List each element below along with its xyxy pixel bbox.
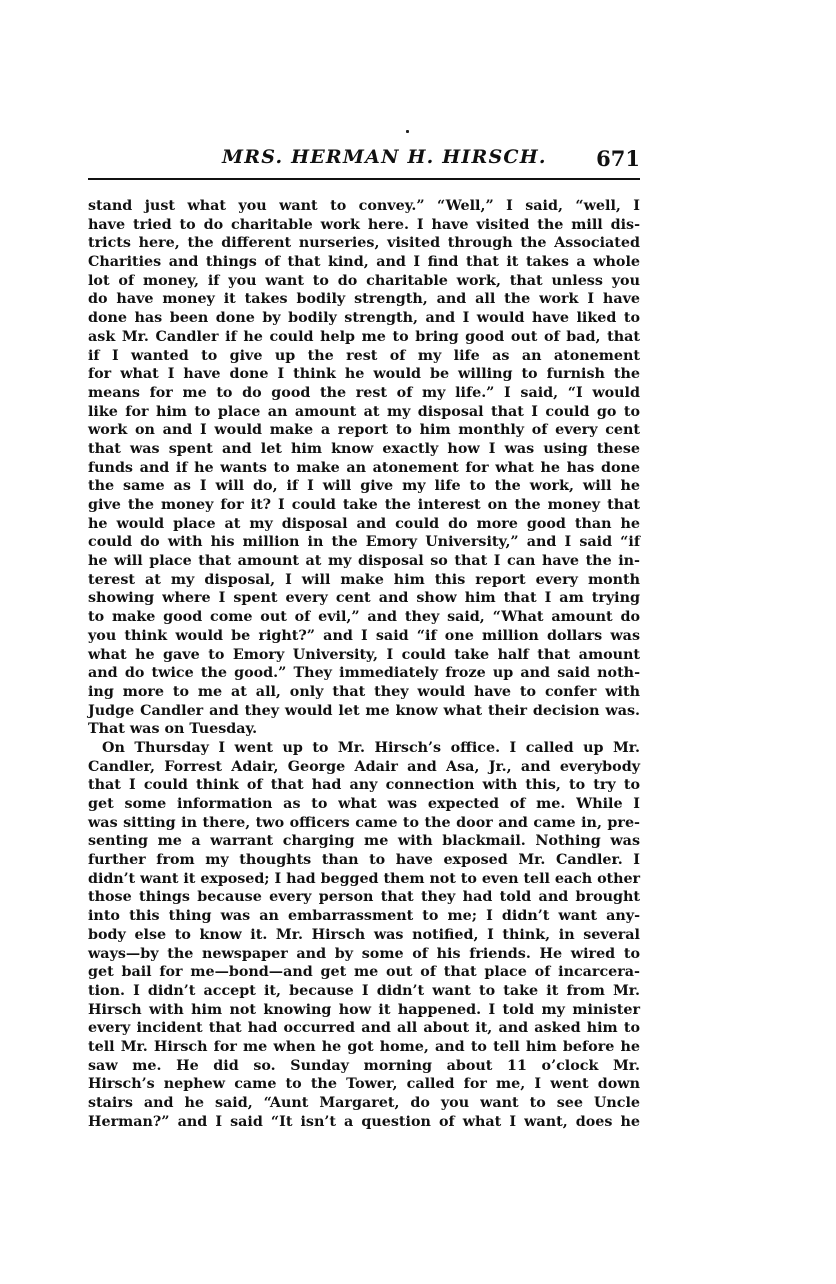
running-title: MRS. HERMAN H. HIRSCH. — [222, 146, 547, 168]
text-line: you think would be right?” and I said “i… — [88, 627, 640, 646]
text-line: and do twice the good.” They immediately… — [88, 664, 640, 683]
text-line: was sitting in there, two officers came … — [88, 814, 640, 833]
text-line: tion. I didn’t accept it, because I didn… — [88, 982, 640, 1001]
text-line: have tried to do charitable work here. I… — [88, 216, 640, 235]
text-line: senting me a warrant charging me with bl… — [88, 832, 640, 851]
text-line: get some information as to what was expe… — [88, 795, 640, 814]
text-line: ing more to me at all, only that they wo… — [88, 683, 640, 702]
page-header: MRS. HERMAN H. HIRSCH. 671 — [88, 146, 640, 172]
text-line: into this thing was an embarrassment to … — [88, 907, 640, 926]
text-line: ask Mr. Candler if he could help me to b… — [88, 328, 640, 347]
text-line: those things because every person that t… — [88, 888, 640, 907]
text-line: Herman?” and I said “It isn’t a question… — [88, 1113, 640, 1132]
page-number: 671 — [596, 146, 640, 171]
text-line: he would place at my disposal and could … — [88, 515, 640, 534]
text-line: lot of money, if you want to do charitab… — [88, 272, 640, 291]
text-line: body else to know it. Mr. Hirsch was not… — [88, 926, 640, 945]
text-line: for what I have done I think he would be… — [88, 365, 640, 384]
text-line: further from my thoughts than to have ex… — [88, 851, 640, 870]
text-line: what he gave to Emory University, I coul… — [88, 646, 640, 665]
text-line: get bail for me—bond—and get me out of t… — [88, 963, 640, 982]
book-page: MRS. HERMAN H. HIRSCH. 671 stand just wh… — [0, 0, 836, 1284]
text-line: saw me. He did so. Sunday morning about … — [88, 1057, 640, 1076]
text-line: means for me to do good the rest of my l… — [88, 384, 640, 403]
text-line: do have money it takes bodily strength, … — [88, 290, 640, 309]
text-line: like for him to place an amount at my di… — [88, 403, 640, 422]
print-speck — [406, 130, 409, 133]
text-line: showing where I spent every cent and sho… — [88, 589, 640, 608]
body-text: stand just what you want to convey.” “We… — [88, 197, 640, 1131]
text-line: terest at my disposal, I will make him t… — [88, 571, 640, 590]
text-line: could do with his million in the Emory U… — [88, 533, 640, 552]
text-line: tricts here, the different nurseries, vi… — [88, 234, 640, 253]
text-line: Hirsch’s nephew came to the Tower, calle… — [88, 1075, 640, 1094]
paragraph-end-line: That was on Tuesday. — [88, 720, 640, 739]
text-line: give the money for it? I could take the … — [88, 496, 640, 515]
text-line: stairs and he said, “Aunt Margaret, do y… — [88, 1094, 640, 1113]
text-line: Charities and things of that kind, and I… — [88, 253, 640, 272]
text-line: every incident that had occurred and all… — [88, 1019, 640, 1038]
text-line: that I could think of that had any conne… — [88, 776, 640, 795]
text-line: Judge Candler and they would let me know… — [88, 702, 640, 721]
text-line: tell Mr. Hirsch for me when he got home,… — [88, 1038, 640, 1057]
text-line: Hirsch with him not knowing how it happe… — [88, 1001, 640, 1020]
text-line: to make good come out of evil,” and they… — [88, 608, 640, 627]
text-line: work on and I would make a report to him… — [88, 421, 640, 440]
text-line: funds and if he wants to make an atoneme… — [88, 459, 640, 478]
text-line: ways—by the newspaper and by some of his… — [88, 945, 640, 964]
text-line: the same as I will do, if I will give my… — [88, 477, 640, 496]
text-line: stand just what you want to convey.” “We… — [88, 197, 640, 216]
text-line: Candler, Forrest Adair, George Adair and… — [88, 758, 640, 777]
text-line: done has been done by bodily strength, a… — [88, 309, 640, 328]
header-rule — [88, 178, 640, 180]
text-line: he will place that amount at my disposal… — [88, 552, 640, 571]
text-line: if I wanted to give up the rest of my li… — [88, 347, 640, 366]
text-line: didn’t want it exposed; I had begged the… — [88, 870, 640, 889]
paragraph-start-line: On Thursday I went up to Mr. Hirsch’s of… — [88, 739, 640, 758]
text-line: that was spent and let him know exactly … — [88, 440, 640, 459]
